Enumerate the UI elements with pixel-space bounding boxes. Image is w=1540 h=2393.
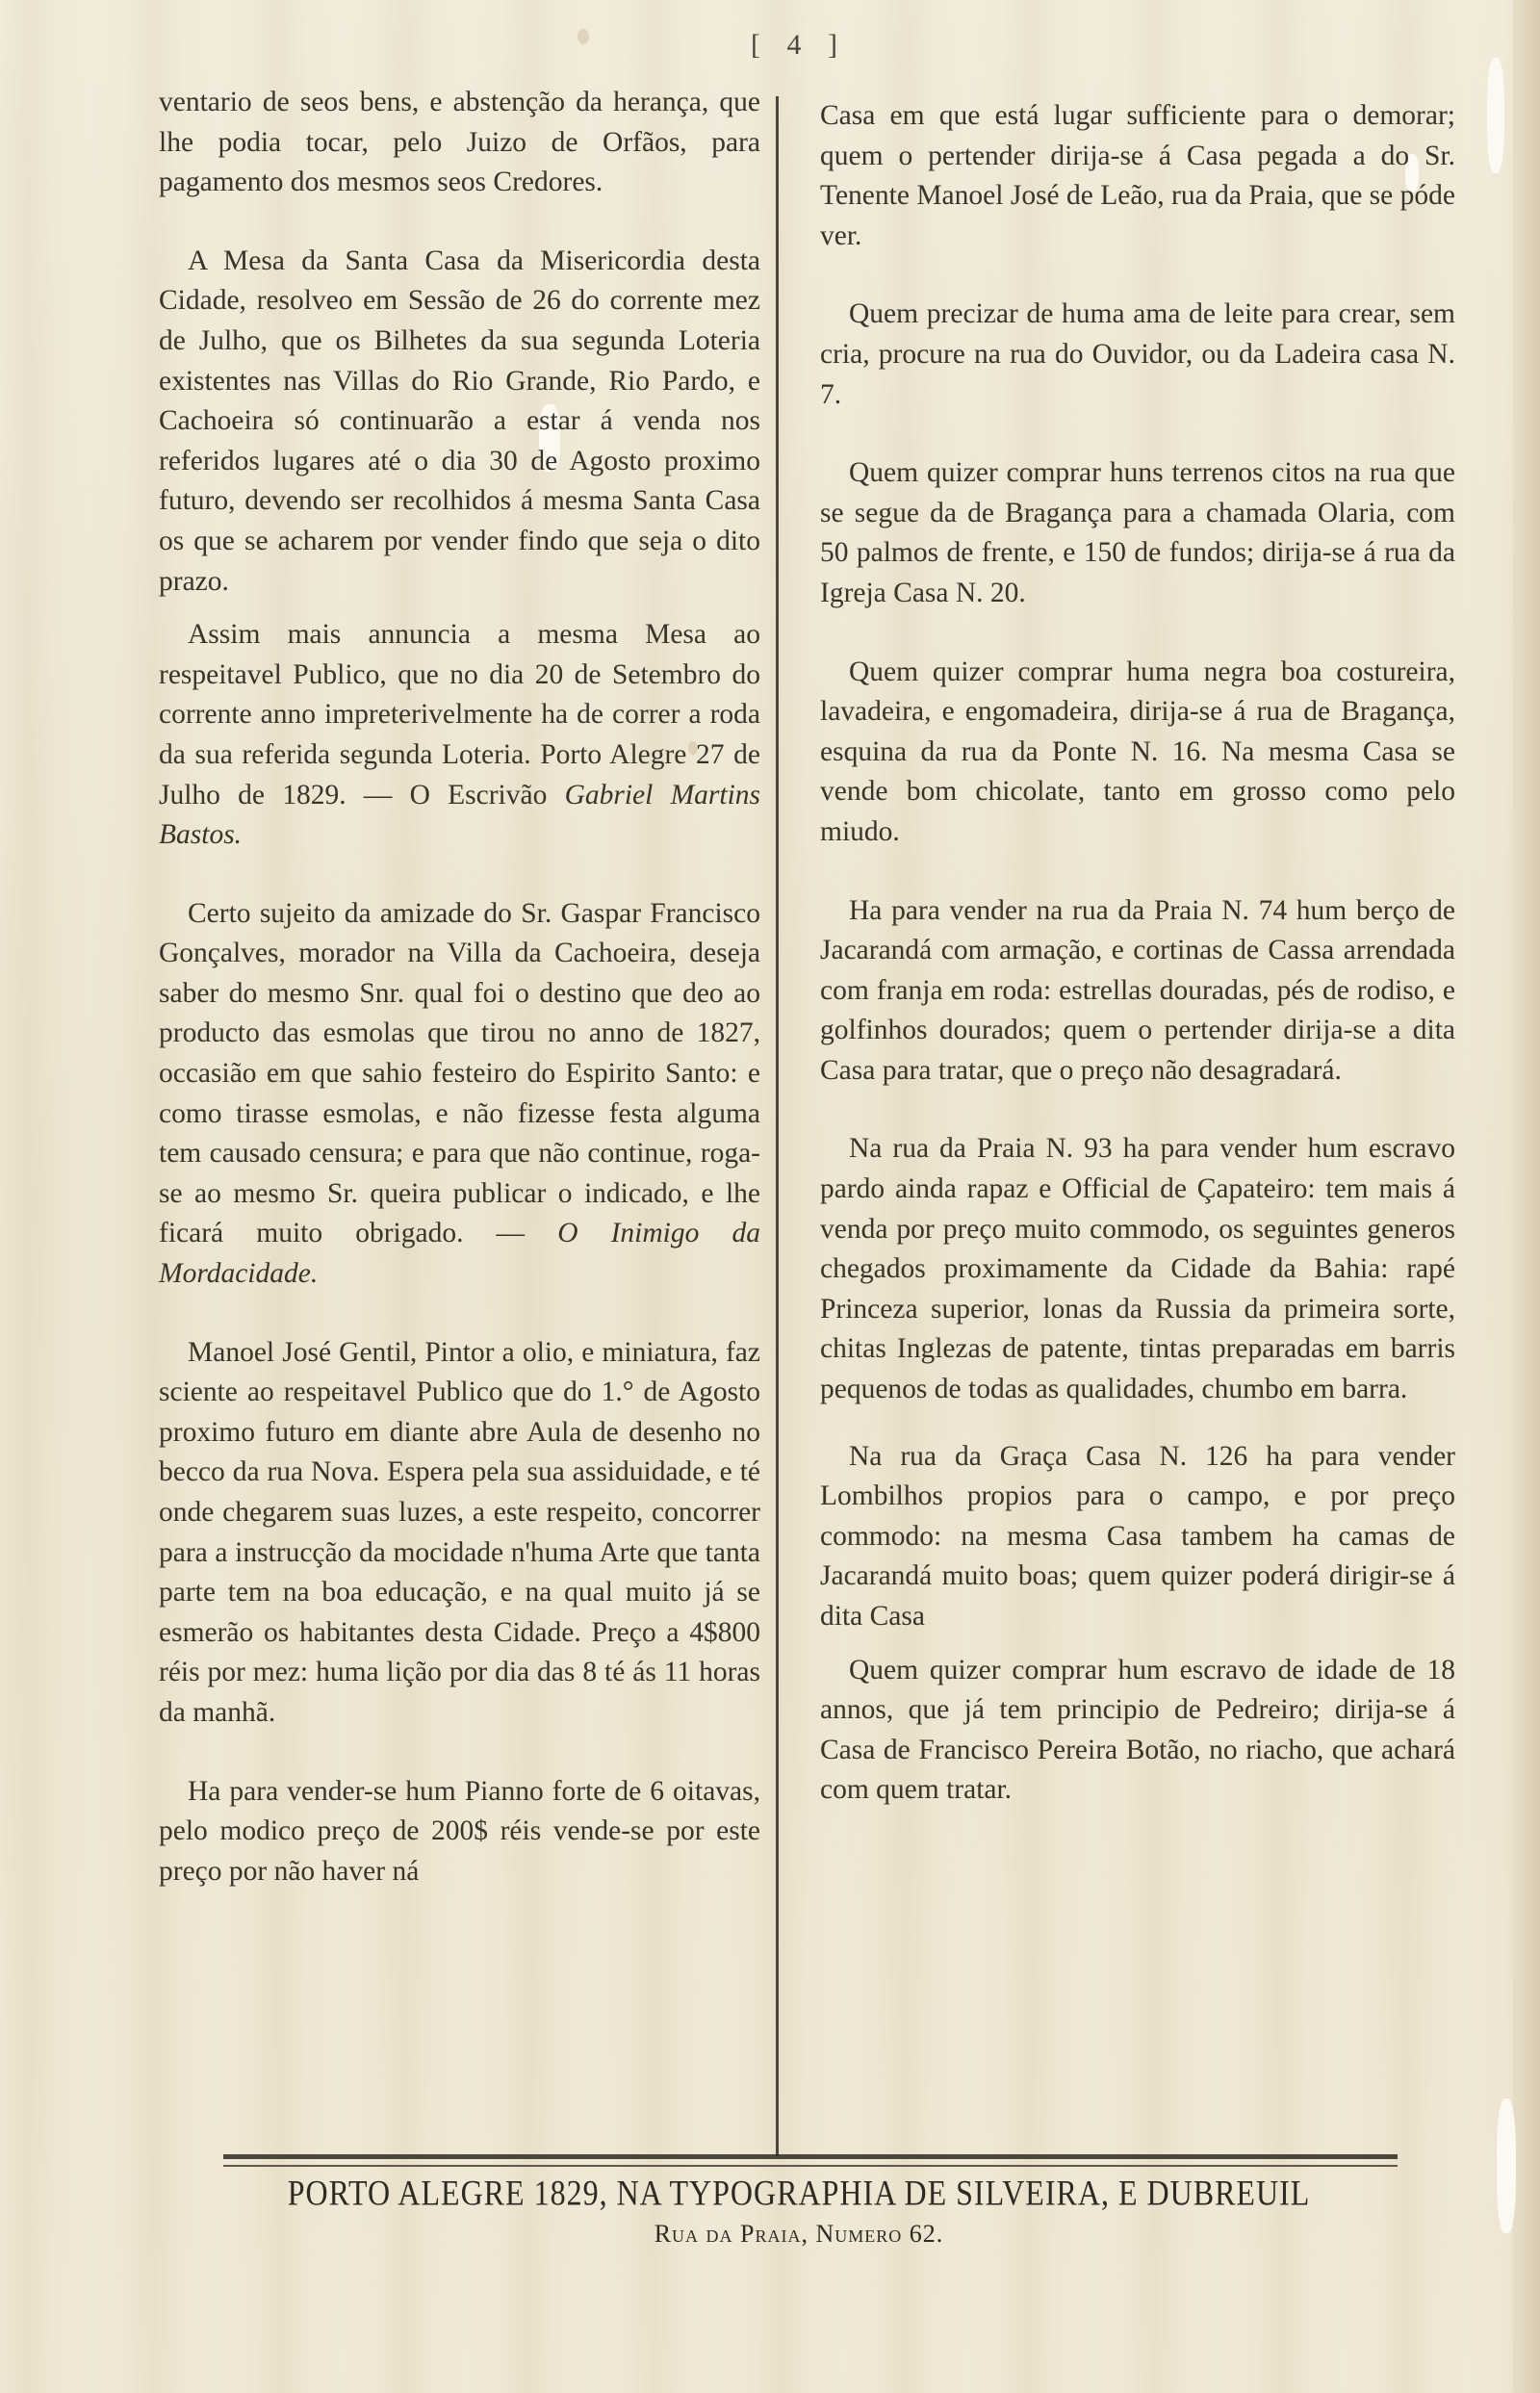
newspaper-page: [ 4 ] ventario de seos bens, e abstenção… bbox=[0, 0, 1540, 2393]
letter-body: Certo sujeito da amizade do Sr. Gaspar F… bbox=[159, 898, 760, 1249]
article-continuation: ventario de seos bens, e abstenção da he… bbox=[159, 83, 760, 203]
ad-negra-costureira: Quem quizer comprar huma negra boa costu… bbox=[820, 653, 1455, 853]
ad-lombilhos: Na rua da Graça Casa N. 126 ha para vend… bbox=[820, 1437, 1455, 1637]
imprint-line-2: Rua da Praia, Numero 62. bbox=[192, 2220, 1405, 2249]
left-column: ventario de seos bens, e abstenção da he… bbox=[159, 83, 760, 1891]
footer-rule-thick bbox=[223, 2154, 1398, 2159]
paper-edge bbox=[1513, 0, 1540, 2393]
ad-praia-93: Na rua da Praia N. 93 ha para vender hum… bbox=[820, 1129, 1455, 1409]
foxing-stain bbox=[577, 29, 589, 44]
ad-pianno: Ha para vender-se hum Pianno forte de 6 … bbox=[159, 1772, 760, 1892]
letter-certo-sujeito: Certo sujeito da amizade do Sr. Gaspar F… bbox=[159, 894, 760, 1295]
right-column: Casa em que está lugar sufficiente para … bbox=[820, 96, 1455, 1811]
ad-terrenos: Quem quizer comprar huns terrenos citos … bbox=[820, 453, 1455, 613]
footer-rule-thin bbox=[223, 2165, 1398, 2167]
imprint-line-1: PORTO ALEGRE 1829, NA TYPOGRAPHIA DE SIL… bbox=[192, 2173, 1405, 2214]
paper-hole bbox=[1497, 2098, 1516, 2233]
column-divider bbox=[776, 96, 779, 2156]
ad-aula-desenho: Manoel José Gentil, Pintor a olio, e min… bbox=[159, 1333, 760, 1734]
notice-santa-casa-loteria: Assim mais annuncia a mesma Mesa ao resp… bbox=[159, 615, 760, 856]
page-number: [ 4 ] bbox=[751, 29, 847, 62]
paper-hole bbox=[1487, 58, 1504, 173]
ad-casa-continuation: Casa em que está lugar sufficiente para … bbox=[820, 96, 1455, 256]
ad-berco-jacaranda: Ha para vender na rua da Praia N. 74 hum… bbox=[820, 891, 1455, 1092]
ad-ama-de-leite: Quem precizar de huma ama de leite para … bbox=[820, 295, 1455, 415]
notice-santa-casa: A Mesa da Santa Casa da Misericordia des… bbox=[159, 242, 760, 602]
ad-escravo-pedreiro: Quem quizer comprar hum escravo de idade… bbox=[820, 1651, 1455, 1811]
